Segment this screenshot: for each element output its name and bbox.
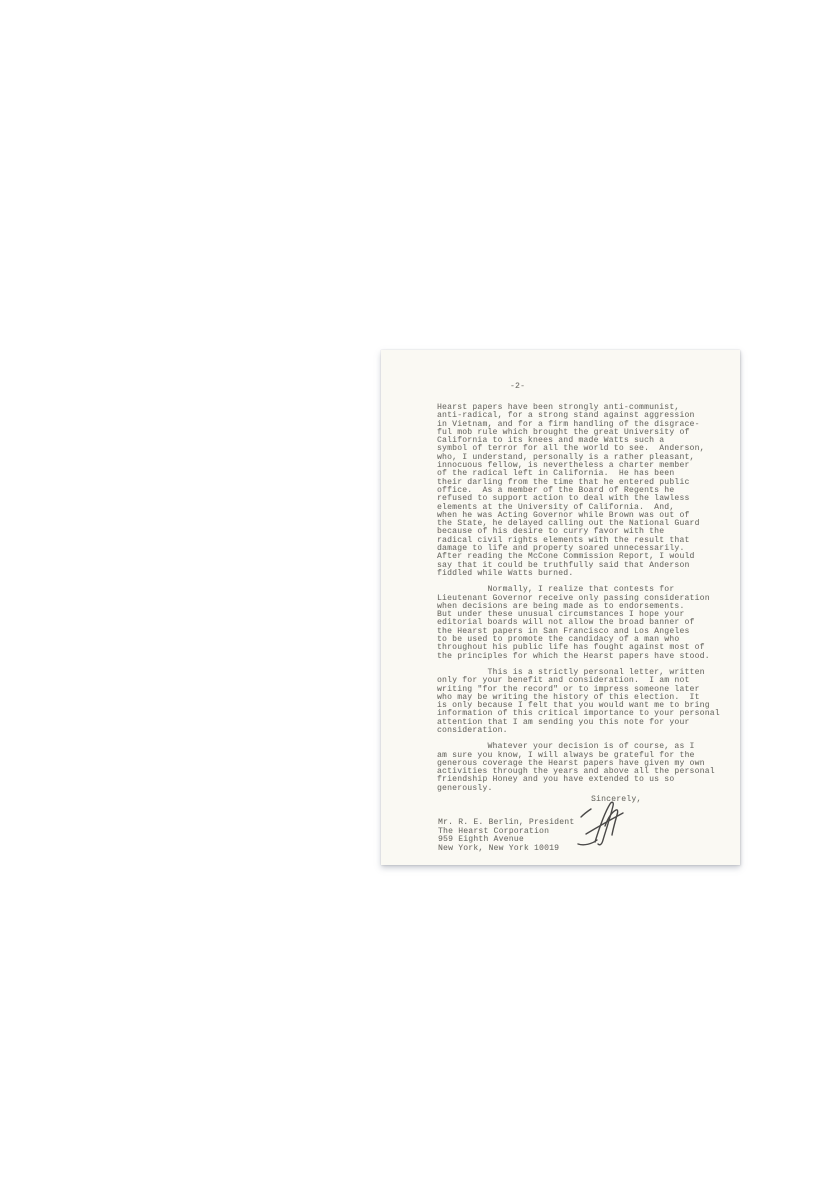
paragraph-4: Whatever your decision is of course, as … [437,743,727,793]
letter-page-2: -2- Hearst papers have been strongly ant… [381,350,740,865]
letter-body: Hearst papers have been strongly anti-co… [437,404,727,801]
page-number: -2- [510,383,525,391]
paragraph-3: This is a strictly personal letter, writ… [437,669,727,735]
recipient-address-block: Mr. R. E. Berlin, President The Hearst C… [438,819,574,853]
scanned-document-canvas: -2- Hearst papers have been strongly ant… [0,0,819,1197]
paragraph-2: Normally, I realize that contests for Li… [437,586,727,661]
signature-scribble-icon [572,798,628,852]
paragraph-1: Hearst papers have been strongly anti-co… [437,404,727,578]
